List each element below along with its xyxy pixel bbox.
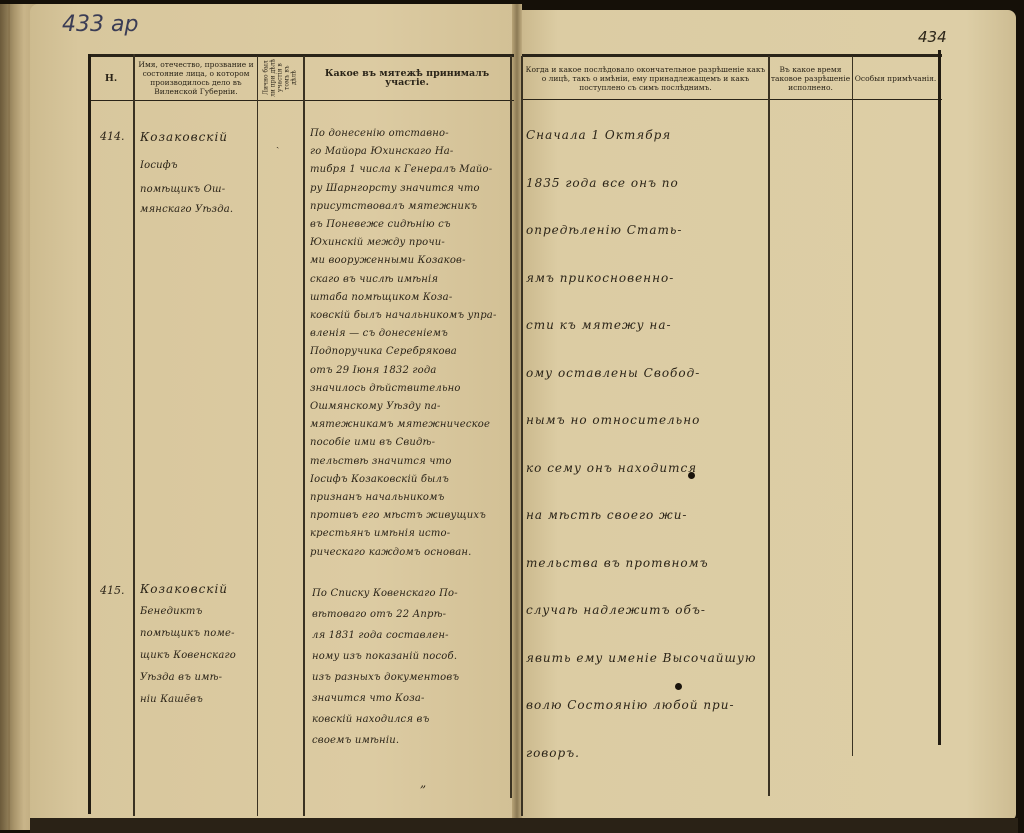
- rule-col-resolution: [768, 56, 770, 796]
- handwritten-line: По донесенію отставно-: [310, 128, 508, 139]
- handwritten-line: тельствѣ значится что: [310, 456, 508, 467]
- entry-name-line: Козаковскій: [140, 130, 255, 144]
- handwritten-line: сти къ мятежу на-: [526, 318, 766, 332]
- rule-col-no: [133, 54, 135, 816]
- handwritten-line: своемъ имѣніи.: [312, 735, 508, 746]
- header-personal-participation: Лично был ли при дѣлѣ участія в томъ въ …: [259, 58, 301, 98]
- header-notes: Особыя примѣчанія.: [854, 58, 937, 98]
- handwritten-line: штаба помѣщиком Коза-: [310, 292, 508, 303]
- handwritten-line: признанъ начальникомъ: [310, 492, 508, 503]
- ink-blot: [688, 472, 695, 479]
- entry-name-line: мянскаго Уѣзда.: [140, 204, 255, 215]
- handwritten-line: Сначала 1 Октября: [526, 128, 766, 142]
- rule-col-notes: [938, 50, 941, 745]
- left-margin-rule: [88, 54, 91, 814]
- handwritten-line: ковскій находился въ: [312, 714, 508, 725]
- entry-number: 415.: [100, 584, 125, 597]
- handwritten-line: По Списку Ковенскаго По-: [312, 588, 508, 599]
- bottom-edge: [30, 818, 1018, 833]
- handwritten-line: волю Состоянію любой при-: [526, 698, 766, 712]
- rule-right-margin: [521, 56, 523, 816]
- handwritten-line: ковскій былъ начальникомъ упра-: [310, 310, 508, 321]
- handwritten-line: присутствовалъ мятежникъ: [310, 201, 508, 212]
- handwritten-line: на мѣстѣ своего жи-: [526, 508, 766, 522]
- handwritten-line: противъ его мѣстъ живущихъ: [310, 510, 508, 521]
- handwritten-line: рическаго каждомъ основан.: [310, 547, 508, 558]
- handwritten-line: ми вооруженными Козаков-: [310, 255, 508, 266]
- handwritten-line: ому оставлены Свобод-: [526, 366, 766, 380]
- rule-col-name: [257, 56, 258, 816]
- entry-name-line: помѣщикъ поме-: [140, 628, 255, 639]
- header-name: Имя, отечество, прозвание и состояние ли…: [136, 58, 256, 98]
- entry-name-line: Бенедиктъ: [140, 606, 255, 617]
- handwritten-line: явить ему именіе Высочайшую: [526, 651, 766, 665]
- handwritten-line: въ Поневеже сидѣнію съ: [310, 219, 508, 230]
- handwritten-line: 1835 года все онъ по: [526, 176, 766, 190]
- entry-number: 414.: [100, 130, 125, 143]
- handwritten-line: вѣтоваго отъ 22 Апрѣ-: [312, 609, 508, 620]
- header-participation: Какое въ мятежѣ принималъ участіе.: [306, 58, 508, 98]
- entry-name-line: щикъ Ковенскаго: [140, 650, 255, 661]
- handwritten-line: Ошмянскому Уѣзду па-: [310, 401, 508, 412]
- handwritten-line: ко сему онъ находится: [526, 461, 766, 475]
- right-page-number: 434: [918, 28, 947, 46]
- handwritten-line: отъ 29 Іюня 1832 года: [310, 365, 508, 376]
- rule-col-when: [852, 56, 853, 756]
- header-number: Н.: [90, 58, 132, 98]
- entry-name-line: Козаковскій: [140, 582, 255, 596]
- handwritten-line: го Майора Юхинскаго На-: [310, 146, 508, 157]
- handwritten-line: ля 1831 года составлен-: [312, 630, 508, 641]
- entry-name-line: ніи Кашёвъ: [140, 694, 255, 705]
- handwritten-line: тельства въ протвномъ: [526, 556, 766, 570]
- entry-name-line: помѣщикъ Ош-: [140, 184, 255, 195]
- handwritten-line: Подпоручика Серебрякова: [310, 346, 508, 357]
- rule-col-rot: [303, 56, 305, 816]
- handwritten-line: случаѣ надлежитъ объ-: [526, 603, 766, 617]
- handwritten-line: Іосифъ Козаковскій былъ: [310, 474, 508, 485]
- header-bottom-rule-left: [88, 100, 514, 101]
- entry-name-line: Іосифъ: [140, 160, 255, 171]
- handwritten-line: говоръ.: [526, 746, 766, 760]
- ink-blot: [675, 683, 682, 690]
- header-bottom-rule-right: [522, 99, 942, 100]
- handwritten-line: пособіе ими въ Свидѣ-: [310, 437, 508, 448]
- header-resolution: Когда и какое послѣдовало окончательное …: [524, 58, 767, 98]
- handwritten-line: скаго въ числѣ имѣнія: [310, 274, 508, 285]
- handwritten-line: значится что Коза-: [312, 693, 508, 704]
- handwritten-line: вленія — съ донесеніемъ: [310, 328, 508, 339]
- handwritten-line: крестьянъ имѣнія исто-: [310, 528, 508, 539]
- handwritten-line: изъ разныхъ документовъ: [312, 672, 508, 683]
- handwritten-line: мятежникамъ мятежническое: [310, 419, 508, 430]
- left-page-number: 433 ap: [62, 12, 138, 37]
- entry-name-line: Уѣзда въ имѣ-: [140, 672, 255, 683]
- handwritten-line: значилось дѣйствительно: [310, 383, 508, 394]
- handwritten-line: ру Шарнгорсту значится что: [310, 183, 508, 194]
- handwritten-line: Юхинскій между прочи-: [310, 237, 508, 248]
- header-top-rule-right: [522, 54, 942, 57]
- handwritten-line: нымъ но относительно: [526, 413, 766, 427]
- entry-mark: ˏ: [276, 138, 279, 149]
- header-top-rule-left: [88, 54, 514, 57]
- header-when-executed: Въ какое время таковое разрѣшеніе исполн…: [770, 58, 851, 98]
- handwritten-line: тибря 1 числа к Генералъ Майо-: [310, 164, 508, 175]
- handwritten-line: ному изъ показаній пособ.: [312, 651, 508, 662]
- handwritten-line: опредѣленію Стать-: [526, 223, 766, 237]
- rule-col-participation: [510, 56, 512, 798]
- handwritten-line: ямъ прикосновенно-: [526, 271, 766, 285]
- closing-mark: „: [420, 776, 427, 790]
